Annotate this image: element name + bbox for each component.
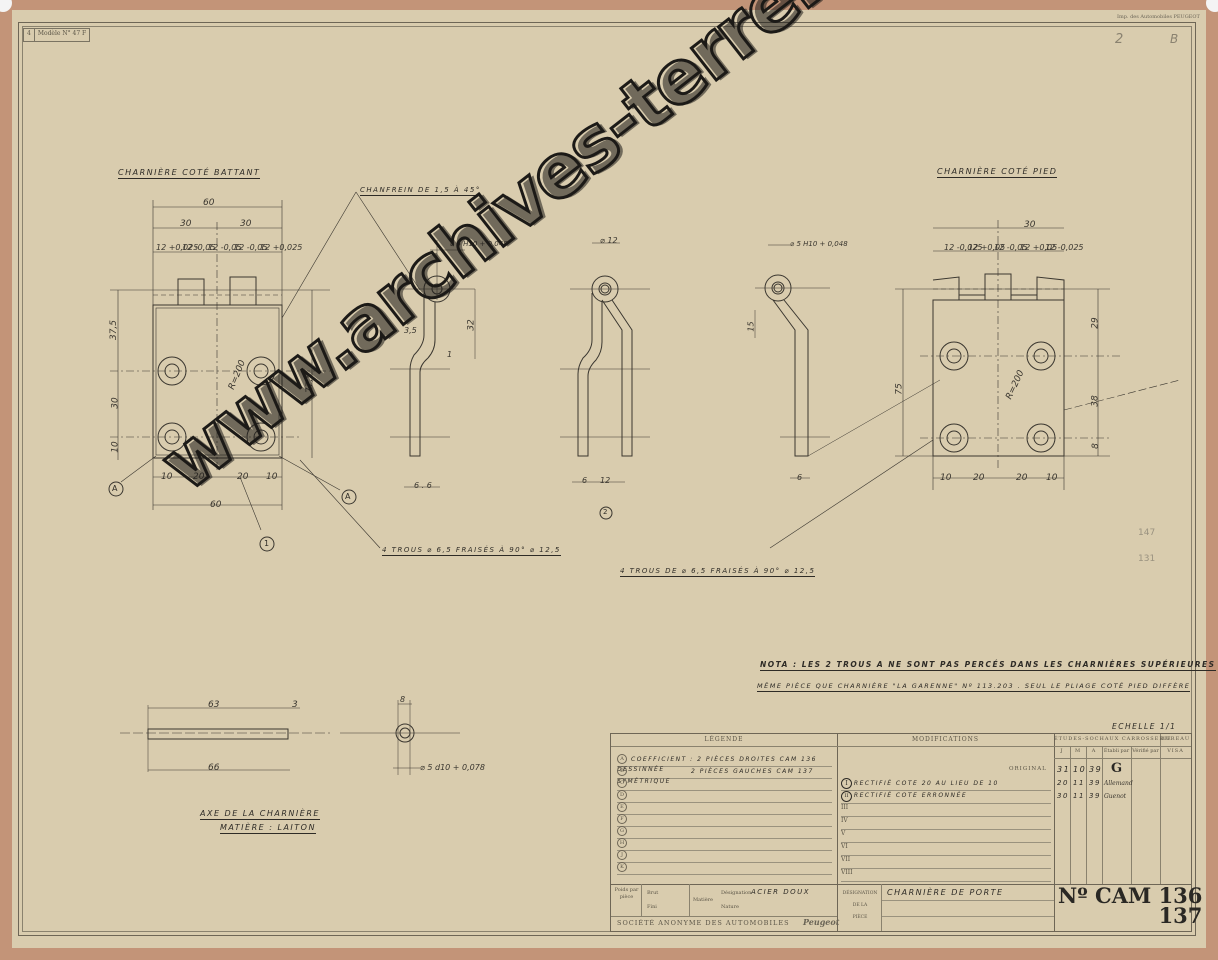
bureau-header: BUREAU bbox=[1160, 736, 1191, 742]
modification-key: V bbox=[841, 830, 845, 837]
dim-thickness-mid-1: 6 bbox=[582, 476, 587, 485]
weight-label: Poids par pièce bbox=[614, 887, 639, 901]
matiere-label: Matière bbox=[693, 897, 713, 903]
legend-key: B bbox=[617, 766, 627, 776]
modification-key: VII bbox=[841, 856, 850, 863]
mod2-signature: Guenot bbox=[1104, 793, 1126, 800]
modification-key: VI bbox=[841, 843, 848, 850]
piece-designation-label-2: DE LA bbox=[839, 903, 881, 908]
modification-row: VII bbox=[841, 856, 1051, 869]
legend-row: K bbox=[617, 862, 832, 875]
dim-right-vertical-3: 8 bbox=[1091, 443, 1101, 449]
right-holes-note: 4 TROUS DE ⌀ 6,5 FRAISÉS À 90° ⌀ 12,5 bbox=[620, 567, 815, 577]
modification-key: IV bbox=[841, 817, 848, 824]
brut-label: Brut bbox=[647, 890, 658, 896]
col-year: A bbox=[1086, 748, 1102, 754]
dim-left-half-2: 30 bbox=[240, 219, 251, 229]
original-month: 10 bbox=[1073, 765, 1086, 774]
etudes-header: ÉTUDES-SOCHAUX CARROSSERIE bbox=[1054, 736, 1160, 742]
drawing-number-secondary: 137 bbox=[1058, 906, 1202, 926]
fini-label: Fini bbox=[647, 904, 657, 910]
dim-thickness-right: 6 bbox=[797, 473, 802, 482]
nota-note: NOTA : LES 2 TROUS A NE SONT PAS PERCÉS … bbox=[760, 660, 1216, 671]
right-view-title: CHARNIÈRE COTÉ PIED bbox=[937, 167, 1057, 178]
dim-knuckle-dia: ⌀ 12 bbox=[600, 236, 618, 245]
mod2-day: 30 bbox=[1057, 792, 1069, 800]
dim-step: 1 bbox=[447, 350, 452, 359]
mod2-year: 39 bbox=[1089, 792, 1101, 800]
legend-key: A bbox=[617, 754, 627, 764]
dim-axle-head: 8 bbox=[400, 695, 405, 704]
mod1-month: 11 bbox=[1073, 779, 1085, 787]
dim-left-knuckle-5: 12 +0,025 bbox=[260, 243, 302, 252]
dim-drop: 32 bbox=[467, 319, 477, 330]
drawing-number-stamp: Nº CAM 136 137 bbox=[1058, 886, 1202, 926]
mod1-year: 39 bbox=[1089, 779, 1101, 787]
right-plate-outline bbox=[933, 300, 1064, 456]
axle-title: AXE DE LA CHARNIÈRE bbox=[200, 809, 320, 820]
dim-left-vertical-1: 37,5 bbox=[109, 320, 119, 340]
callout-1-label: 1 bbox=[264, 539, 269, 548]
dim-right-bottom-3: 20 bbox=[1016, 473, 1027, 483]
piece-designation-label-1: DÉSIGNATION bbox=[839, 891, 881, 896]
designation-value: ACIER DOUX bbox=[751, 888, 810, 896]
modification-row: IV bbox=[841, 817, 1051, 830]
dim-axle-length-top: 63 bbox=[208, 700, 219, 710]
modification-row: V bbox=[841, 830, 1051, 843]
modification-row: I RECTIFIÉ COTE 20 AU LIEU DE 10 bbox=[841, 778, 1051, 791]
legend-key: H bbox=[617, 838, 627, 848]
original-signature: G bbox=[1111, 761, 1122, 776]
dim-left-bottom-4: 10 bbox=[266, 472, 277, 482]
dim-bore-right: ⌀ 5 H10 + 0,048 bbox=[790, 240, 848, 248]
same-part-note: MÊME PIÈCE QUE CHARNIÈRE "LA GARENNE" Nº… bbox=[757, 682, 1190, 692]
col-day: J bbox=[1054, 748, 1070, 754]
dim-thickness-left: 6 . 6 bbox=[414, 481, 432, 490]
piece-name: CHARNIÈRE DE PORTE bbox=[887, 888, 1004, 897]
dim-right-bottom-1: 10 bbox=[940, 473, 951, 483]
legend-header: LÉGENDE bbox=[611, 736, 837, 743]
modifications-header: MODIFICATIONS bbox=[837, 736, 1054, 743]
dim-axle-length-bottom: 66 bbox=[208, 763, 219, 773]
dim-left-half-1: 30 bbox=[180, 219, 191, 229]
original-label: ORIGINAL bbox=[1009, 766, 1047, 772]
dim-left-vertical-3: 10 bbox=[111, 441, 121, 452]
dim-right-vertical-1: 29 bbox=[1091, 317, 1101, 328]
company-name: SOCIÉTÉ ANONYME DES AUTOMOBILES bbox=[617, 919, 790, 927]
legend-key: C bbox=[617, 778, 627, 788]
mod2-month: 11 bbox=[1073, 792, 1085, 800]
legend-key: G bbox=[617, 826, 627, 836]
dim-right-height: 75 bbox=[895, 383, 905, 394]
modification-key: VIII bbox=[841, 869, 852, 876]
dim-axle-end: 3 bbox=[292, 700, 298, 710]
piece-designation-label-3: PIÈCE bbox=[839, 915, 881, 920]
left-holes-note: 4 TROUS ⌀ 6,5 FRAISÉS À 90° ⌀ 12,5 bbox=[382, 546, 561, 556]
modification-row: II RECTIFIÉ COTE ERRONNÉE bbox=[841, 791, 1051, 804]
callout-2-label: 2 bbox=[603, 508, 607, 516]
legend-key: D bbox=[617, 790, 627, 800]
modification-key: I bbox=[841, 778, 852, 789]
axle-material: MATIÈRE : LAITON bbox=[220, 823, 316, 834]
col-visa: VISA bbox=[1160, 748, 1191, 754]
legend-key: J bbox=[617, 850, 627, 860]
modification-text: RECTIFIÉ COTE ERRONNÉE bbox=[854, 792, 967, 799]
dim-axle-dia: ⌀ 5 d10 + 0,078 bbox=[420, 763, 485, 772]
col-etabli: Établi par bbox=[1102, 748, 1131, 754]
dim-right-vertical-2: 38 bbox=[1091, 395, 1101, 406]
dim-right-bottom-4: 10 bbox=[1046, 473, 1057, 483]
mod1-signature: Allemand bbox=[1104, 780, 1133, 787]
dim-left-bottom-total: 60 bbox=[210, 500, 221, 510]
dim-thickness-mid-2: 12 bbox=[600, 476, 610, 485]
nature-label: Nature bbox=[721, 904, 739, 910]
modification-text: RECTIFIÉ COTE 20 AU LIEU DE 10 bbox=[854, 780, 999, 787]
col-month: M bbox=[1070, 748, 1086, 754]
modification-key: III bbox=[841, 804, 848, 811]
designation-label: Désignation bbox=[721, 890, 751, 896]
dim-right-knuckle-5: 12 -0,025 bbox=[1045, 243, 1084, 252]
legend-key: E bbox=[617, 802, 627, 812]
legend-key: F bbox=[617, 814, 627, 824]
modification-key: II bbox=[841, 791, 852, 802]
original-year: 39 bbox=[1089, 765, 1102, 774]
dim-right-half-2: 30 bbox=[1024, 220, 1035, 230]
mod1-day: 20 bbox=[1057, 779, 1069, 787]
original-day: 31 bbox=[1057, 765, 1070, 774]
col-verifie: Vérifié par bbox=[1131, 748, 1160, 754]
dim-left-vertical-2: 30 bbox=[111, 397, 121, 408]
dim-left-width: 60 bbox=[203, 198, 214, 208]
modification-row: III bbox=[841, 804, 1051, 817]
legend-key: K bbox=[617, 862, 627, 872]
dim-right-rise: 15 bbox=[747, 321, 756, 331]
scale-note: ECHELLE 1/1 bbox=[1112, 722, 1176, 731]
section-label-a-right: A bbox=[345, 492, 350, 501]
modification-row: VI bbox=[841, 843, 1051, 856]
dim-right-bottom-2: 20 bbox=[973, 473, 984, 483]
brand-logo: Peugeot bbox=[803, 917, 839, 927]
section-label-a-left: A bbox=[112, 484, 117, 493]
left-view-title: CHARNIÈRE COTÉ BATTANT bbox=[118, 168, 260, 179]
modification-row: VIII bbox=[841, 869, 1051, 882]
